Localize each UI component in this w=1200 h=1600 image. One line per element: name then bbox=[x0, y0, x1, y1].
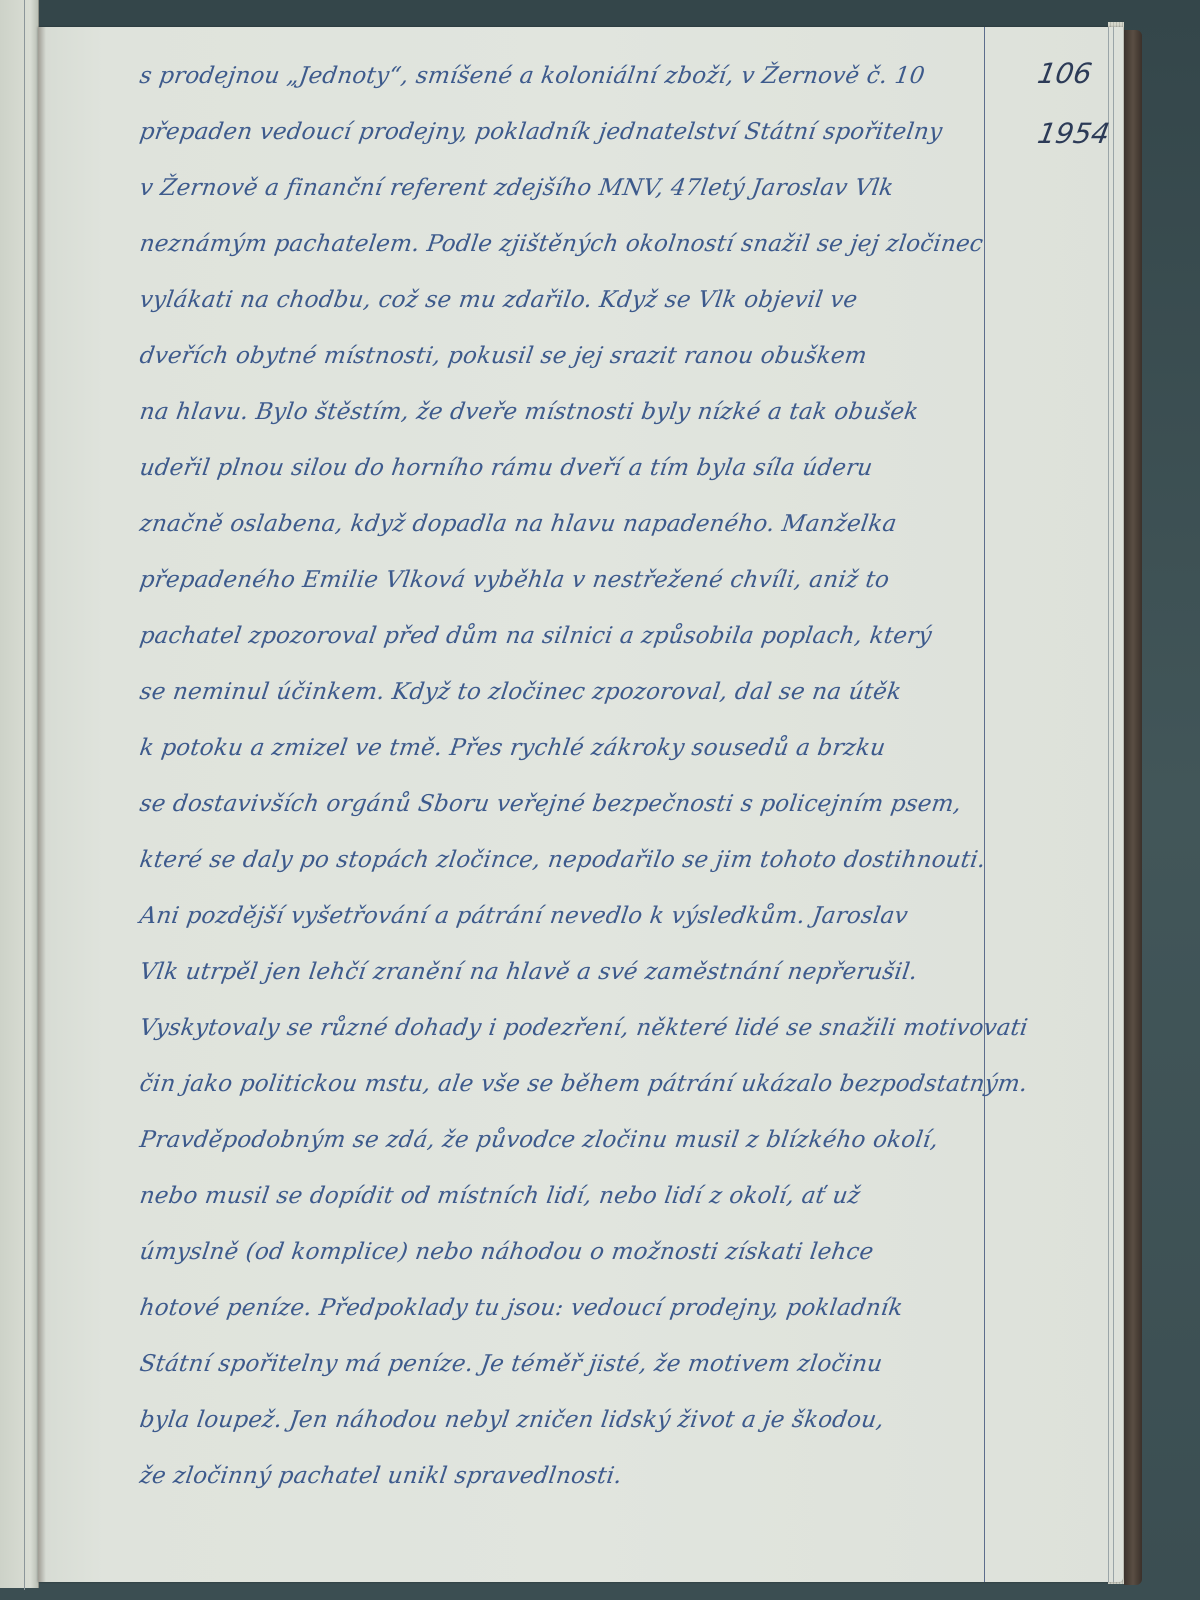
text-line: v Žernově a finanční referent zdejšího M… bbox=[138, 175, 895, 201]
text-line: Pravděpodobným se zdá, že původce zločin… bbox=[138, 1127, 940, 1153]
text-line: neznámým pachatelem. Podle zjištěných ok… bbox=[138, 231, 985, 257]
text-line: Ani pozdější vyšetřování a pátrání neved… bbox=[138, 903, 910, 929]
ledger-page: 106 1954 s prodejnou „Jednoty“, smíšené … bbox=[38, 27, 1123, 1582]
text-line: přepaden vedoucí prodejny, pokladník jed… bbox=[138, 119, 944, 145]
text-line: pachatel zpozoroval před dům na silnici … bbox=[138, 623, 933, 649]
year-label: 1954 bbox=[1035, 117, 1112, 150]
text-line: čin jako politickou mstu, ale vše se běh… bbox=[138, 1071, 1029, 1097]
margin-rule-line bbox=[984, 27, 985, 1582]
text-line: s prodejnou „Jednoty“, smíšené a koloniá… bbox=[138, 63, 926, 89]
text-line: Státní spořitelny má peníze. Je téměř ji… bbox=[138, 1351, 884, 1377]
text-line: že zločinný pachatel unikl spravedlnosti… bbox=[138, 1463, 624, 1489]
text-line: byla loupež. Jen náhodou nebyl zničen li… bbox=[138, 1407, 886, 1433]
text-line: nebo musil se dopídit od místních lidí, … bbox=[138, 1183, 862, 1209]
text-line: na hlavu. Bylo štěstím, že dveře místnos… bbox=[138, 399, 920, 425]
text-line: vylákati na chodbu, což se mu zdařilo. K… bbox=[138, 287, 859, 313]
gutter-shadow bbox=[38, 27, 46, 1582]
facing-page-edge bbox=[0, 0, 39, 1588]
page-edge-rule bbox=[1108, 27, 1109, 1582]
text-line: které se daly po stopách zločince, nepod… bbox=[138, 847, 987, 873]
scan-background: 106 1954 s prodejnou „Jednoty“, smíšené … bbox=[0, 0, 1200, 1600]
text-line: Vlk utrpěl jen lehčí zranění na hlavě a … bbox=[138, 959, 919, 985]
facing-page-rule bbox=[24, 0, 25, 1590]
text-line: k potoku a zmizel ve tmě. Přes rychlé zá… bbox=[138, 735, 887, 761]
text-line: značně oslabena, když dopadla na hlavu n… bbox=[138, 511, 898, 537]
text-line: se neminul účinkem. Když to zločinec zpo… bbox=[138, 679, 903, 705]
text-line: přepadeného Emilie Vlková vyběhla v nest… bbox=[138, 567, 891, 593]
text-line: udeřil plnou silou do horního rámu dveří… bbox=[138, 455, 874, 481]
text-line: úmyslně (od komplice) nebo náhodou o mož… bbox=[138, 1239, 875, 1265]
page-number: 106 bbox=[1035, 57, 1094, 90]
text-line: hotové peníze. Předpoklady tu jsou: vedo… bbox=[138, 1295, 905, 1321]
book-cover-edge bbox=[1124, 30, 1142, 1585]
page-edge-rule bbox=[1113, 27, 1114, 1582]
text-line: dveřích obytné místnosti, pokusil se jej… bbox=[138, 343, 869, 369]
text-line: Vyskytovaly se různé dohady i podezření,… bbox=[138, 1015, 1030, 1041]
text-line: se dostavivších orgánů Sboru veřejné bez… bbox=[138, 791, 963, 817]
